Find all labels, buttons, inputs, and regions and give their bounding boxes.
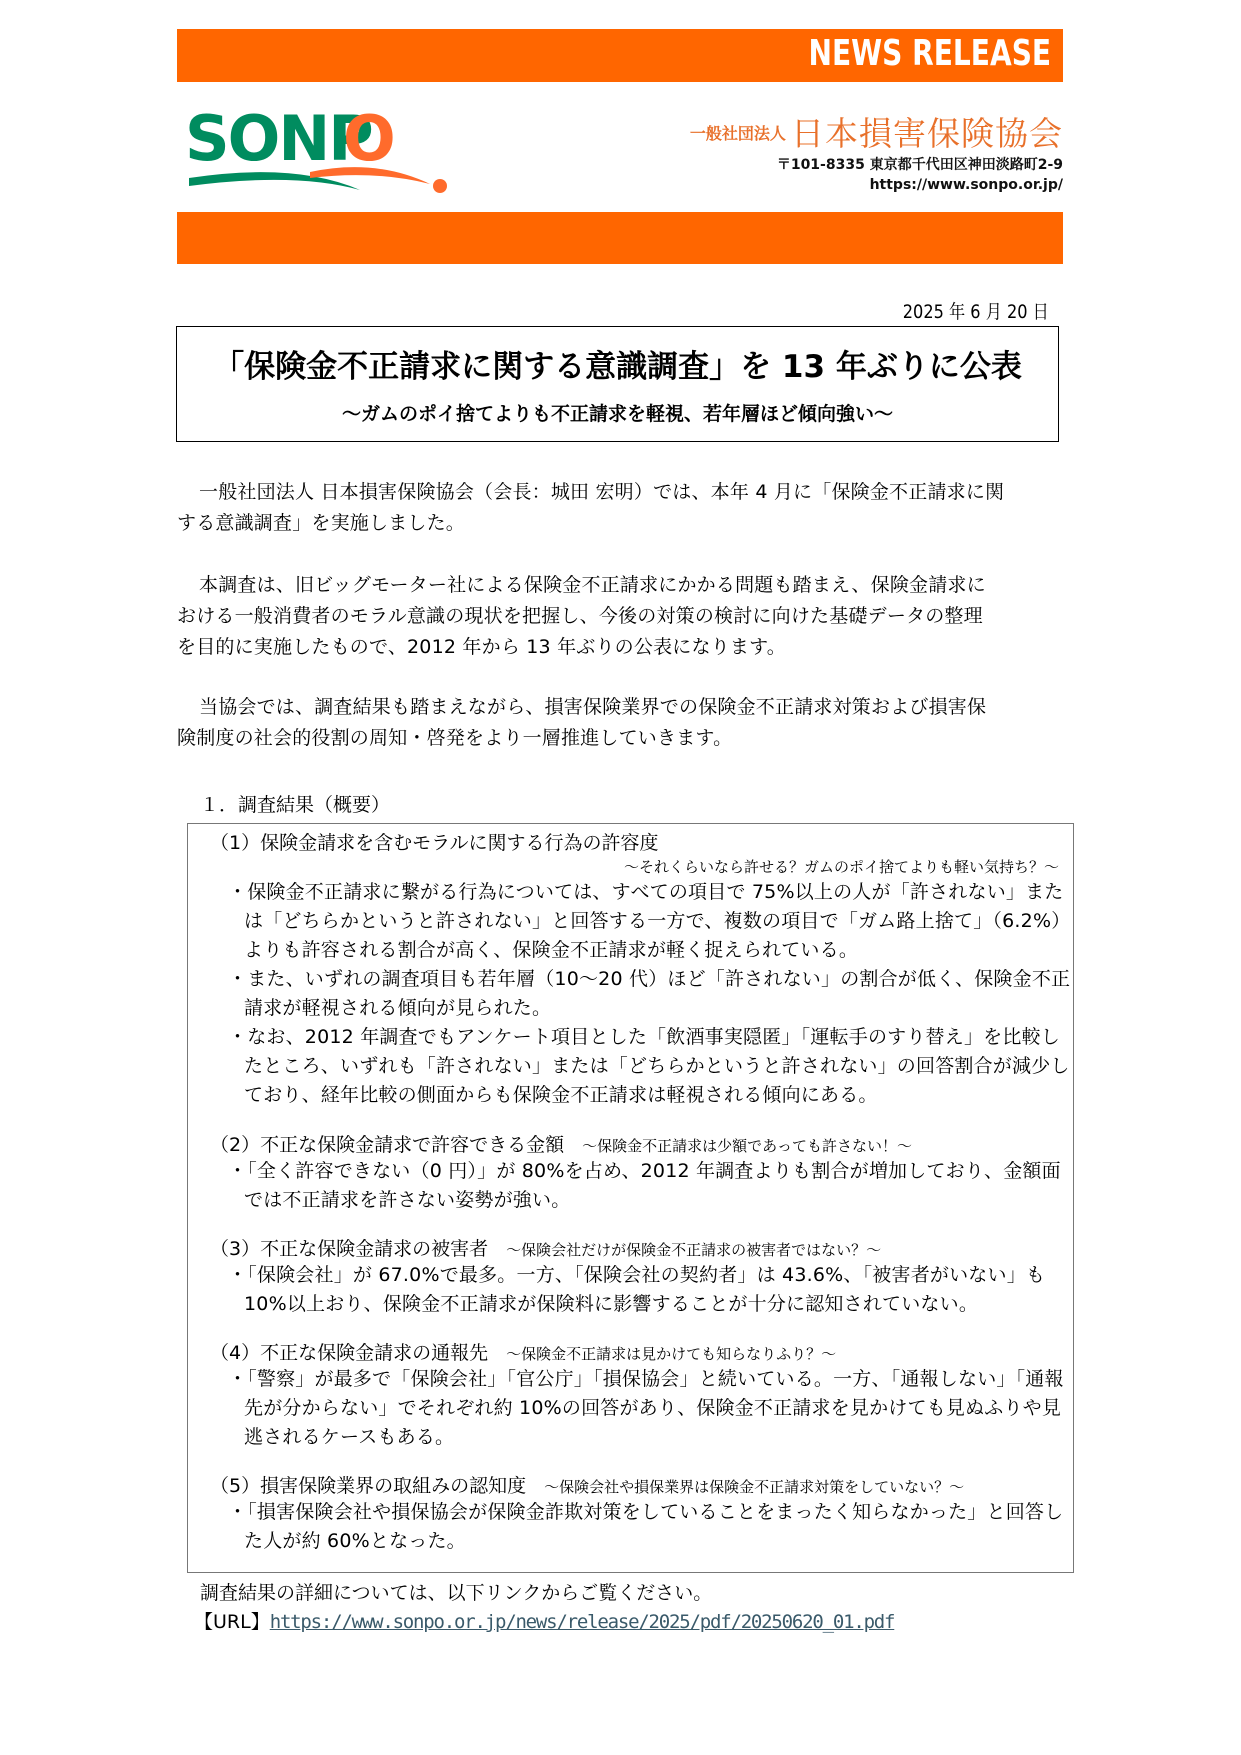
association-paragraph: 当協会では、調査結果も踏まえながら、損害保険業界での保険金不正請求対策および損害… [177, 692, 1065, 754]
release-date: 2025 年 6 月 20 日 [903, 297, 1049, 324]
survey-summary-box: （1）保険金請求を含むモラルに関する行為の許容度 ～それくらいなら許せる？ガムの… [187, 823, 1074, 1573]
summary-tagline-1: ～それくらいなら許せる？ガムのポイ捨てよりも軽い気持ち？～ [624, 856, 1059, 877]
summary-bullet: ・「損害保険会社や損保協会が保険金詐欺対策をしていることをまったく知らなかった」… [228, 1498, 1072, 1556]
sonpo-logo: SONP O [185, 108, 455, 198]
purpose-paragraph: 本調査は、旧ビッグモーター社による保険金不正請求にかかる問題も踏まえ、保険金請求… [177, 570, 1065, 663]
intro-paragraph: 一般社団法人 日本損害保険協会（会長：城田 宏明）では、本年 4 月に「保険金不… [177, 477, 1065, 539]
summary-tagline-3: ～保険会社だけが保険金不正請求の被害者ではない？～ [506, 1241, 881, 1259]
page-subtitle: ～ガムのポイ捨てよりも不正請求を軽視、若年層ほど傾向強い～ [177, 399, 1058, 426]
page-title: 「保険金不正請求に関する意識調査」を 13 年ぶりに公表 [177, 341, 1058, 386]
news-release-banner: NEWS RELEASE [177, 29, 1063, 82]
report-pdf-link[interactable]: https://www.sonpo.or.jp/news/release/202… [270, 1611, 895, 1633]
details-note: 調査結果の詳細については、以下リンクからご覧ください。 [200, 1578, 712, 1605]
summary-tagline-4: ～保険金不正請求は見かけても知らなりふり？～ [506, 1345, 836, 1363]
summary-tagline-5: ～保険会社や損保業界は保険金不正請求対策をしていない？～ [544, 1478, 964, 1496]
summary-bullet: ・なお、2012 年調査でもアンケート項目とした「飲酒事実隠匿」「運転手のすり替… [228, 1023, 1072, 1110]
title-box: 「保険金不正請求に関する意識調査」を 13 年ぶりに公表 ～ガムのポイ捨てよりも… [176, 326, 1059, 442]
summary-heading-3: （3）不正な保険金請求の被害者～保険会社だけが保険金不正請求の被害者ではない？～ [210, 1234, 881, 1261]
org-name: 日本損害保険協会 [791, 114, 1063, 153]
summary-bullet: ・「保険会社」が 67.0%で最多。一方、「保険会社の契約者」は 43.6%、「… [228, 1261, 1072, 1319]
org-address: 〒101-8335 東京都千代田区神田淡路町2-9 [690, 155, 1063, 175]
org-website: https://www.sonpo.or.jp/ [690, 175, 1063, 195]
summary-heading-4: （4）不正な保険金請求の通報先～保険金不正請求は見かけても知らなりふり？～ [210, 1338, 836, 1365]
summary-bullet: ・保険金不正請求に繋がる行為については、すべての項目で 75%以上の人が「許され… [228, 878, 1072, 965]
summary-bullet: ・「全く許容できない（0 円）」が 80%を占め、2012 年調査よりも割合が増… [228, 1157, 1072, 1215]
news-release-label: NEWS RELEASE [808, 33, 1051, 74]
organization-block: 一般社団法人 日本損害保険協会 〒101-8335 東京都千代田区神田淡路町2-… [690, 108, 1063, 195]
url-label: 【URL】 [194, 1611, 270, 1633]
summary-heading-2: （2）不正な保険金請求で許容できる金額～保険金不正請求は少額であっても許さない！… [210, 1130, 912, 1157]
org-prefix: 一般社団法人 [690, 124, 786, 143]
summary-heading-1: （1）保険金請求を含むモラルに関する行為の許容度 [210, 828, 659, 855]
summary-tagline-2: ～保険金不正請求は少額であっても許さない！～ [582, 1137, 912, 1155]
logo-swoosh-icon [185, 160, 455, 200]
header-bottom-bar [177, 212, 1063, 264]
summary-bullet: ・また、いずれの調査項目も若年層（10～20 代）ほど「許されない」の割合が低く… [228, 965, 1072, 1023]
url-line: 【URL】https://www.sonpo.or.jp/news/releas… [194, 1607, 894, 1634]
summary-heading-5: （5）損害保険業界の取組みの認知度～保険会社や損保業界は保険金不正請求対策をして… [210, 1471, 964, 1498]
summary-bullet: ・「警察」が最多で「保険会社」「官公庁」「損保協会」と続いている。一方、「通報し… [228, 1365, 1072, 1452]
section-heading: １．調査結果（概要） [200, 790, 390, 817]
